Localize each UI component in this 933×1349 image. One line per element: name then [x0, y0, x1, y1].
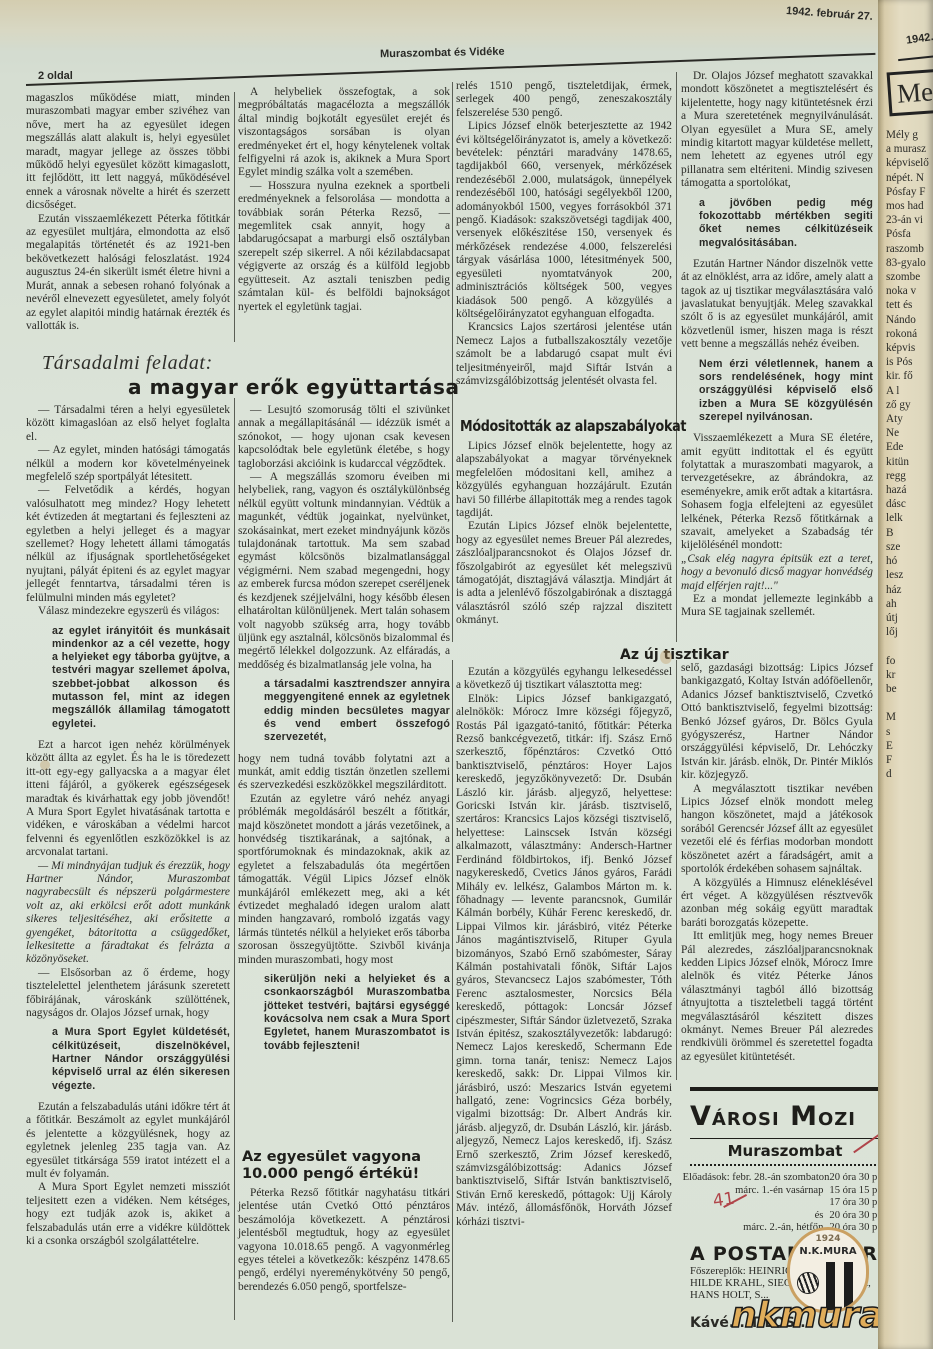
paragraph: „Csak elég nagyra épitsük ezt a teret, h… [681, 553, 873, 593]
pull-quote: a Mura Sport Egylet küldetését, célkitüz… [26, 1026, 230, 1092]
ad-city: Muraszombat [690, 1142, 880, 1160]
paragraph: Ezután visszaemlékezett Péterka főtitkár… [26, 213, 230, 334]
column-divider [676, 660, 677, 1080]
pull-quote: az egylet irányitóit és munkásait minden… [26, 625, 230, 731]
headline-title: a magyar erők együttartása [128, 375, 460, 399]
paragraph: Dr. Olajos József meghatott szavakkal mo… [681, 70, 873, 191]
paragraph: Lipics József elnök bejelentette, hogy a… [456, 440, 672, 520]
paragraph: — Hosszura nyulna ezeknek a sportbeli er… [238, 180, 450, 314]
adjacent-page-rule [898, 53, 933, 61]
pull-quote: sikerüljön neki a helyieket és a csonkao… [238, 973, 450, 1053]
masthead: Muraszombat és Vidéke [380, 46, 505, 61]
adjacent-page: 1942. fe Meg Mély ga muraszképviselőnépé… [878, 0, 933, 1349]
column-divider [452, 82, 453, 642]
paragraph: A Mura Sport Egylet nemzeti missziót tel… [26, 1181, 230, 1248]
pull-quote: a jövőben pedig még fokozottabb mértékbe… [681, 197, 873, 250]
paragraph: Krancsics Lajos szertárosi jelentése utá… [456, 321, 672, 388]
site-watermark: nkmura.si [731, 1296, 880, 1336]
paragraph: selő, gazdasági bizottság: Lipics József… [681, 662, 873, 783]
column-divider [676, 72, 677, 642]
paragraph: Ezt a harcot igen nehéz körülmények közö… [26, 739, 230, 860]
paragraph: Ezután Lipics József elnök bejelentette,… [456, 520, 672, 627]
football-icon [797, 1272, 819, 1294]
paragraph: Péterka Rezső főtitkár nagyhatásu titkár… [238, 1187, 450, 1294]
article-column-2: A helybeliek összefogtak, a sok megpróbá… [238, 86, 450, 314]
paragraph: — Elsősorban az ő érdeme, hogy tisztelel… [26, 967, 230, 1021]
paragraph: Lipics József elnök beterjesztette az 19… [456, 120, 672, 321]
schedule-row: márc. 2.-án, hétfőn20 óra 30 p. [690, 1222, 880, 1235]
ad-dotted-rule [690, 1164, 880, 1166]
paragraph: magaszlos működése miatt, minden muraszo… [26, 92, 230, 213]
ad-top-bar [690, 1087, 880, 1091]
paragraph: Válasz mindezekre egyszerü és világos: [26, 605, 230, 618]
ad-rule [690, 1138, 880, 1139]
subheading-assets: Az egyesület vagyona 10.000 pengő értékü… [242, 1149, 462, 1183]
schedule-row: és20 óra 30 p. [690, 1210, 880, 1223]
paragraph: — Felvetődik a kérdés, hogyan valósulhat… [26, 484, 230, 605]
paragraph: Ezután az egyletre váró nehéz anyagi pró… [238, 793, 450, 967]
article-column-3-bylaws: Lipics József elnök bejelentette, hogy a… [456, 440, 672, 628]
paragraph: A közgyülés a Himnusz eléneklésével ért … [681, 877, 873, 931]
paragraph: Ezután a felszabadulás utáni időkre tért… [26, 1101, 230, 1181]
paragraph: — Társadalmi téren a helyi egyesületek k… [26, 404, 230, 444]
paper-stain [40, 760, 50, 770]
headline-kicker: Társadalmi feladat: [42, 352, 213, 375]
paper-stain [660, 650, 672, 664]
paragraph: Ezután Hartner Nándor diszelnök vette át… [681, 258, 873, 352]
article-column-2c: Péterka Rezső főtitkár nagyhatásu titkár… [238, 1187, 450, 1294]
article-column-4b: selő, gazdasági bizottság: Lipics József… [681, 662, 873, 1064]
adjacent-page-text: Mély ga muraszképviselőnépét. NPósfay Fm… [886, 128, 933, 781]
column-divider [234, 398, 235, 1320]
officers-list-column: Ezután a közgyülés egyhangu lelkesedésse… [456, 666, 672, 1229]
paragraph: Visszaemlékezett a Mura SE életére, amit… [681, 432, 873, 553]
paragraph: hogy nem tudná tovább folytatni azt a mu… [238, 753, 450, 793]
pull-quote: Nem érzi véletlennek, hanem a sors rende… [681, 358, 873, 424]
paragraph: — Az egylet, minden hatósági támogatás n… [26, 444, 230, 484]
paragraph: relés 1510 pengő, tiszteletdijak, érmek,… [456, 80, 672, 120]
adjacent-page-date: 1942. fe [905, 29, 933, 47]
subheading-new-officers: Az új tisztikar [620, 647, 729, 663]
page-number: 2 oldal [38, 70, 73, 82]
article-column-1b: — Társadalmi téren a helyi egyesületek k… [26, 404, 230, 1248]
column-divider [234, 92, 235, 342]
column-divider [452, 660, 453, 1322]
paragraph: — Lesujtó szomoruság tölti el szivünket … [238, 404, 450, 471]
paper-stain [0, 0, 880, 52]
article-column-3: relés 1510 pengő, tiszteletdijak, érmek,… [456, 80, 672, 388]
paragraph: A megválasztott tisztikar nevében Lipics… [681, 783, 873, 877]
paragraph: — A megszállás szomoru éveiben mi helybe… [238, 471, 450, 672]
schedule-row: Előadások: febr. 28.-án szombaton20 óra … [690, 1172, 880, 1185]
paragraph: — Mi mindnyájan tudjuk és érezzük, hogy … [26, 860, 230, 967]
adjacent-page-headline-box: Meg [887, 68, 933, 117]
ad-title: VÁROSI MOZI [690, 1101, 880, 1136]
newspaper-page: 2 oldal Muraszombat és Vidéke 1942. febr… [0, 0, 880, 1349]
paragraph: Ez a mondat jellemezte leginkább a Mura … [681, 593, 873, 620]
paragraph: Ezután a közgyülés egyhangu lelkesedésse… [456, 666, 672, 693]
pull-quote: a társadalmi kasztrendszer annyira meggy… [238, 678, 450, 744]
article-column-2b: — Lesujtó szomoruság tölti el szivünket … [238, 404, 450, 1061]
paragraph: A helybeliek összefogtak, a sok megpróbá… [238, 86, 450, 180]
article-column-4: Dr. Olajos József meghatott szavakkal mo… [681, 70, 873, 620]
subheading-bylaws: Módositották az alapszabályokat [460, 417, 686, 435]
officers-list: Elnök: Lipics József bankigazgató, aleln… [456, 693, 672, 1229]
paragraph: Itt emlitjük meg, hogy nemes Breuer Pál … [681, 930, 873, 1064]
article-column-1: magaszlos működése miatt, minden muraszo… [26, 92, 230, 333]
